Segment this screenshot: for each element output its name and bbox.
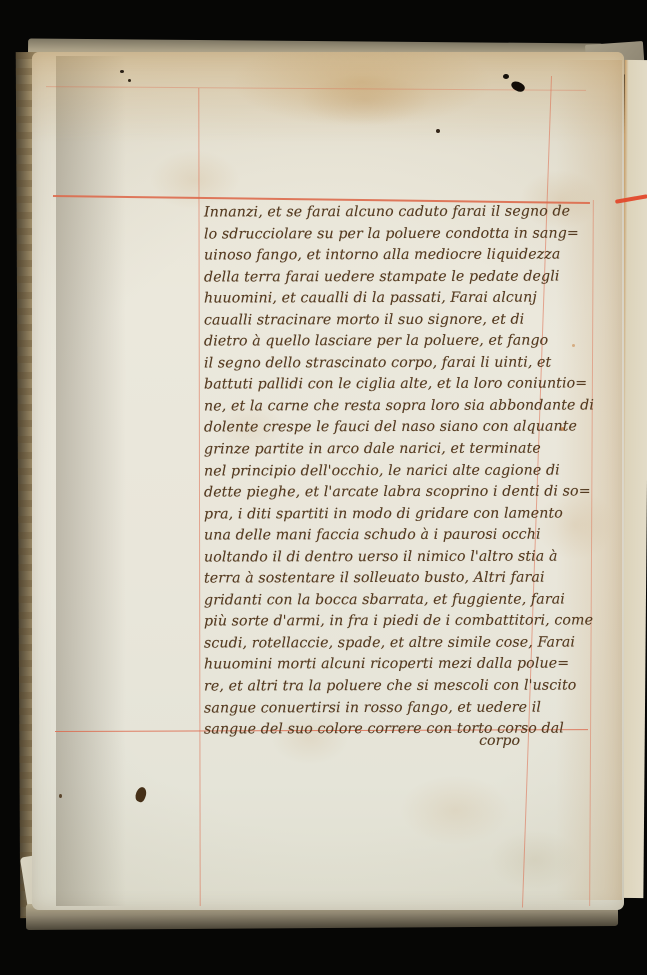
gutter-shadow [56, 56, 126, 906]
ink-speck [59, 794, 62, 798]
text-line: scudi, rotellaccie, spade, et altre simi… [204, 632, 564, 654]
text-line: dietro à quello lasciare per la poluere,… [204, 331, 564, 353]
text-line: nel principio dell'occhio, le narici alt… [204, 460, 564, 482]
text-line: re, et altri tra la poluere che si mesco… [204, 676, 564, 698]
rust-spot [572, 344, 575, 347]
text-line: il segno dello strascinato corpo, farai … [204, 352, 564, 374]
text-line: sangue conuertirsi in rosso fango, et ue… [204, 697, 564, 719]
text-line: terra à sostentare il solleuato busto, A… [204, 568, 564, 590]
text-line: più sorte d'armi, in fra i piedi de i co… [204, 611, 564, 633]
text-line: uoltando il di dentro uerso il nimico l'… [204, 546, 564, 568]
ink-speck [128, 79, 131, 82]
text-line: caualli stracinare morto il suo signore,… [204, 309, 564, 331]
ink-blot [503, 74, 509, 79]
text-line: huuomini morti alcuni ricoperti mezi dal… [204, 654, 564, 676]
manuscript-photo: Innanzi, et se farai alcuno caduto farai… [0, 0, 647, 975]
text-line: uinoso fango, et intorno alla mediocre l… [204, 245, 564, 267]
text-line: pra, i diti spartiti in modo di gridare … [204, 503, 564, 525]
text-line: dolente crespe le fauci del naso siano c… [204, 417, 564, 439]
paper-browning-top [32, 52, 624, 142]
text-line: battuti pallidi con le ciglia alte, et l… [204, 374, 564, 396]
text-line: della terra farai uedere stampate le ped… [204, 266, 564, 288]
catchword: corpo [430, 733, 520, 749]
text-line: huuomini, et caualli di la passati, Fara… [204, 288, 564, 310]
text-line: una delle mani faccia schudo à i paurosi… [204, 525, 564, 547]
text-line: dette pieghe, et l'arcate labra scoprino… [204, 482, 564, 504]
text-line: Innanzi, et se farai alcuno caduto farai… [204, 202, 564, 224]
text-line: gridanti con la bocca sbarrata, et fuggi… [204, 589, 564, 611]
text-block: Innanzi, et se farai alcuno caduto farai… [204, 202, 564, 741]
text-line: ne, et la carne che resta sopra loro sia… [204, 395, 564, 417]
ink-speck [120, 70, 124, 73]
ink-speck [436, 129, 440, 133]
text-line: grinze partite in arco dale narici, et t… [204, 439, 564, 461]
text-line: lo sdrucciolare su per la poluere condot… [204, 223, 564, 245]
